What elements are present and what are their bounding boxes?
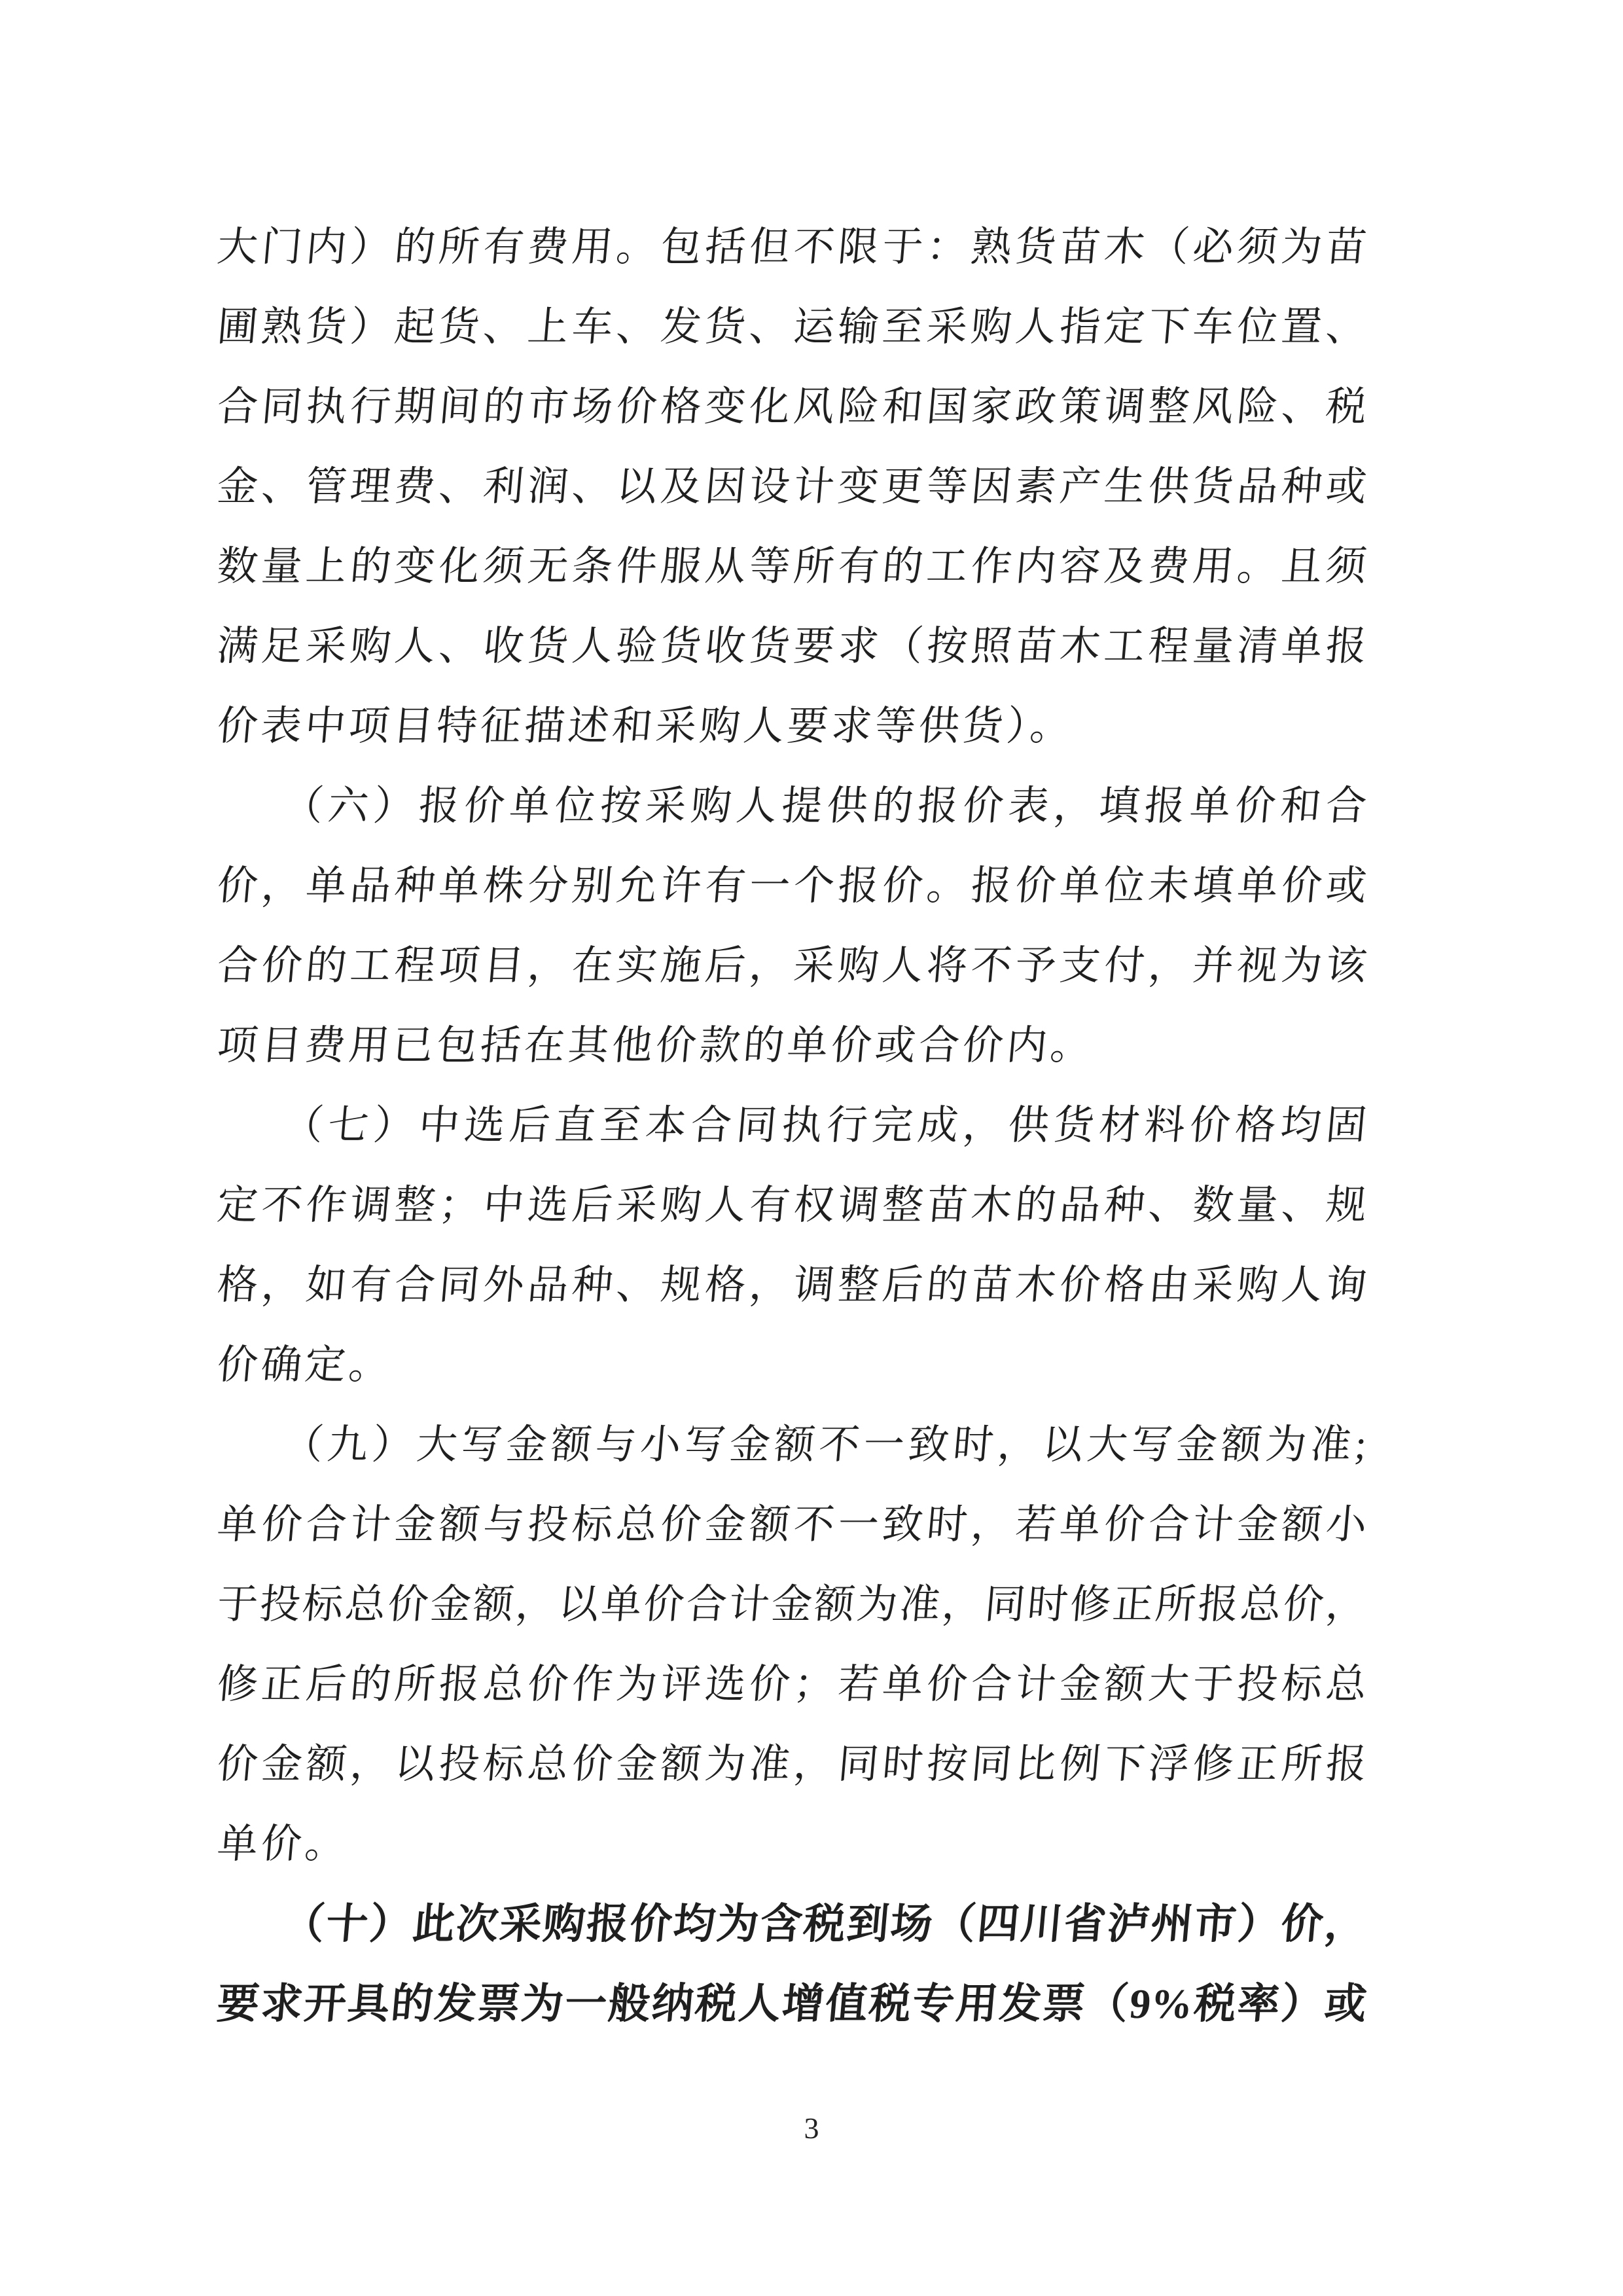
text-line: 于投标总价金额，以单价合计金额为准，同时修正所报总价， (214, 1565, 1370, 1645)
document-body: 大门内）的所有费用。包括但不限于：熟货苗木（必须为苗圃熟货）起货、上车、发货、运… (217, 207, 1366, 2044)
text-line: 圃熟货）起货、上车、发货、运输至采购人指定下车位置、 (214, 287, 1370, 367)
text-line: 修正后的所报总价作为评选价；若单价合计金额大于投标总 (214, 1645, 1370, 1725)
text-line: 价确定。 (214, 1325, 1370, 1405)
text-line: 数量上的变化须无条件服从等所有的工作内容及费用。且须 (214, 527, 1370, 607)
document-page: 大门内）的所有费用。包括但不限于：熟货苗木（必须为苗圃熟货）起货、上车、发货、运… (0, 0, 1623, 2296)
text-line: 要求开具的发票为一般纳税人增值税专用发票（9%税率）或 (214, 1964, 1370, 2044)
text-line: （六）报价单位按采购人提供的报价表，填报单价和合 (214, 766, 1370, 846)
text-line: 单价合计金额与投标总价金额不一致时，若单价合计金额小 (214, 1485, 1370, 1565)
text-line: （十）此次采购报价均为含税到场（四川省泸州市）价， (214, 1884, 1370, 1964)
text-line: 价金额，以投标总价金额为准，同时按同比例下浮修正所报 (214, 1725, 1370, 1804)
text-line: 合价的工程项目，在实施后，采购人将不予支付，并视为该 (214, 926, 1370, 1006)
text-line: 价，单品种单株分别允许有一个报价。报价单位未填单价或 (214, 846, 1370, 926)
text-line: 定不作调整；中选后采购人有权调整苗木的品种、数量、规 (214, 1166, 1370, 1246)
text-line: 格，如有合同外品种、规格，调整后的苗木价格由采购人询 (214, 1246, 1370, 1325)
text-line: 单价。 (214, 1804, 1370, 1884)
text-line: （九）大写金额与小写金额不一致时，以大写金额为准; (214, 1405, 1370, 1485)
text-line: 满足采购人、收货人验货收货要求（按照苗木工程量清单报 (214, 607, 1370, 687)
text-line: 合同执行期间的市场价格变化风险和国家政策调整风险、税 (214, 367, 1370, 447)
text-line: （七）中选后直至本合同执行完成，供货材料价格均固 (214, 1086, 1370, 1166)
text-line: 价表中项目特征描述和采购人要求等供货）。 (214, 687, 1370, 766)
page-number: 3 (0, 2109, 1623, 2148)
text-line: 金、管理费、利润、以及因设计变更等因素产生供货品种或 (214, 447, 1370, 527)
text-line: 大门内）的所有费用。包括但不限于：熟货苗木（必须为苗 (214, 207, 1370, 287)
text-line: 项目费用已包括在其他价款的单价或合价内。 (214, 1006, 1370, 1086)
